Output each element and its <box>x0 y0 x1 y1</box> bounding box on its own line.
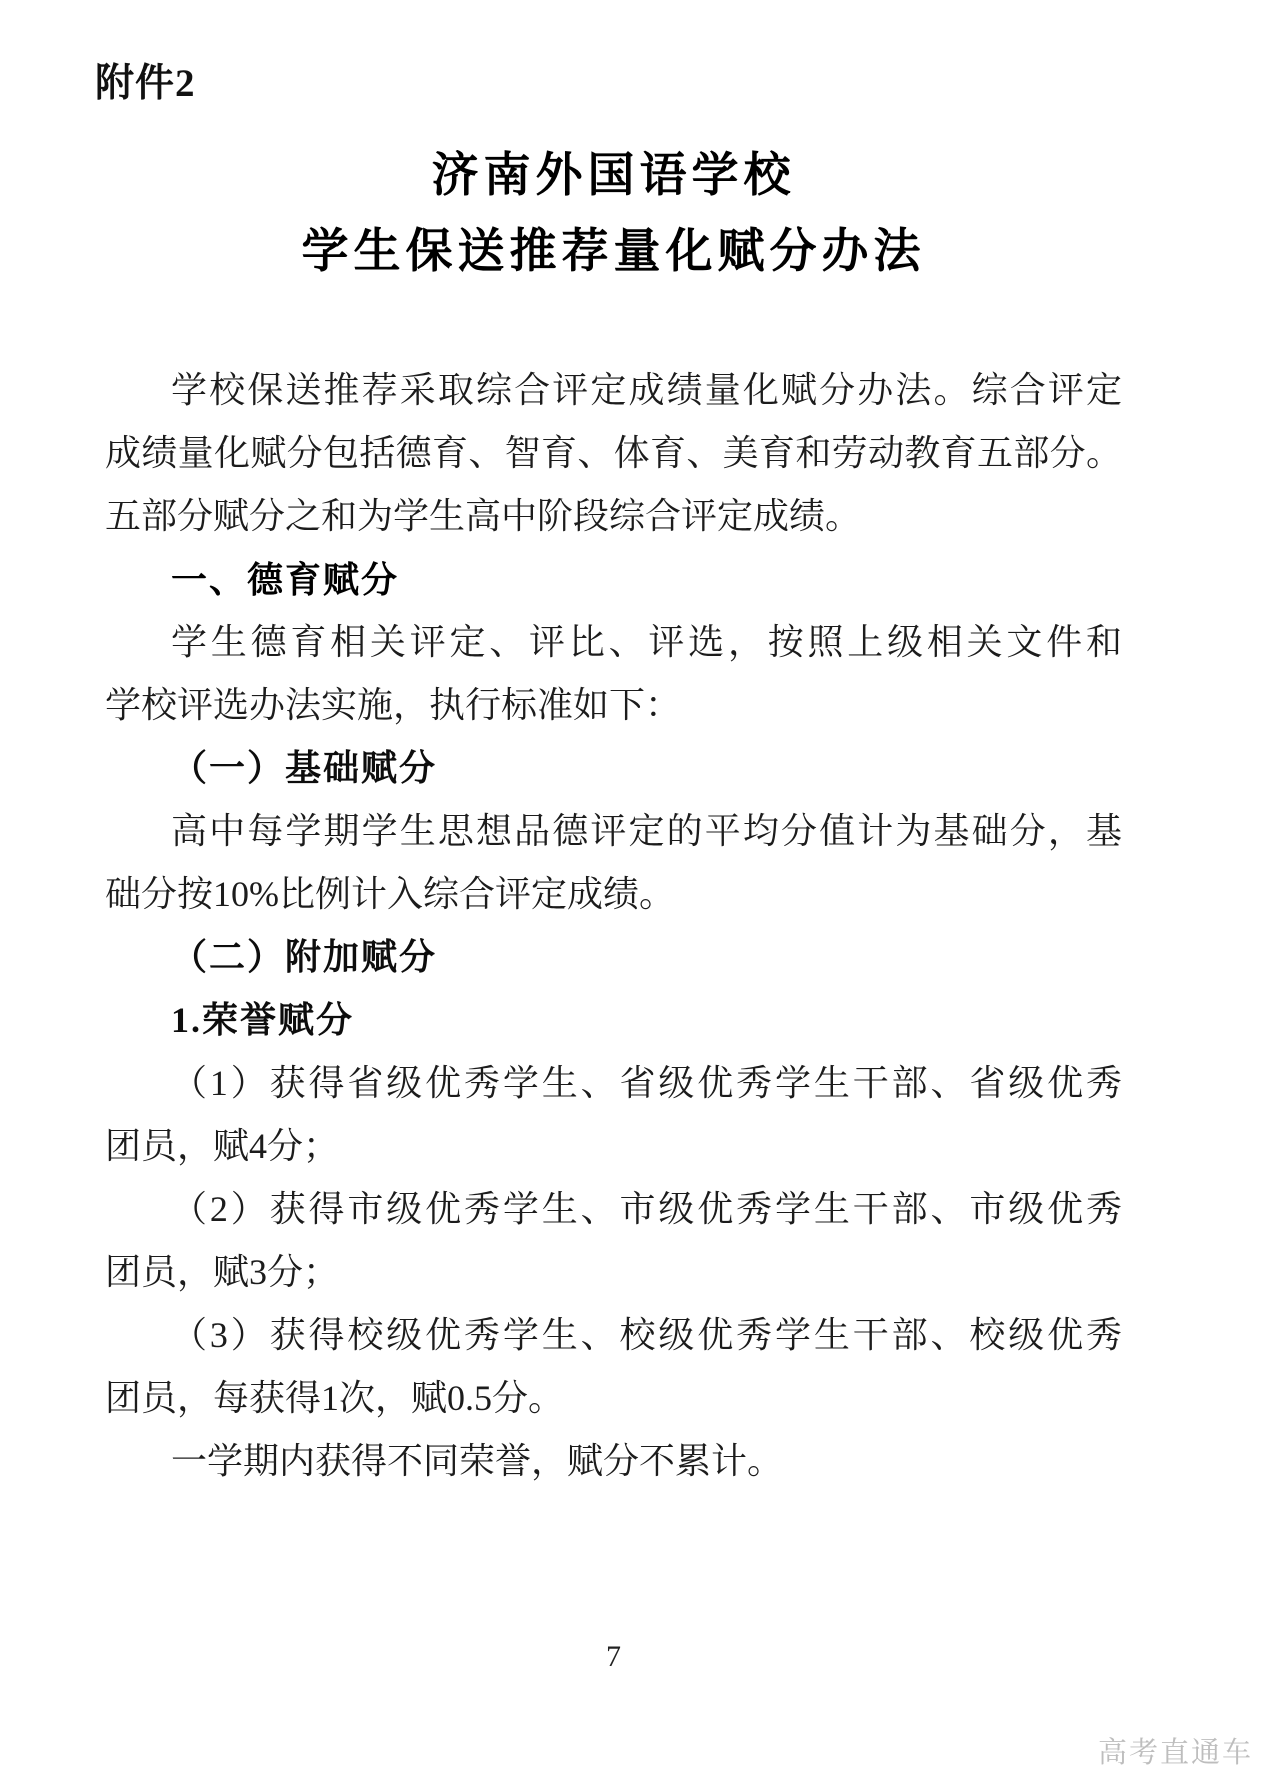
honor-item-line: （1）获得省级优秀学生、省级优秀学生干部、省级优秀 <box>105 1052 1122 1115</box>
intro-line: 五部分赋分之和为学生高中阶段综合评定成绩。 <box>105 485 1122 548</box>
honor-score-heading: 1.荣誉赋分 <box>105 989 1122 1052</box>
subsection-heading-additional-score: （二）附加赋分 <box>105 926 1122 989</box>
honor-item-line: （2）获得市级优秀学生、市级优秀学生干部、市级优秀 <box>105 1178 1122 1241</box>
honor-note-line: 一学期内获得不同荣誉，赋分不累计。 <box>105 1430 1122 1493</box>
honor-item-line: （3）获得校级优秀学生、校级优秀学生干部、校级优秀 <box>105 1304 1122 1367</box>
document-body: 学校保送推荐采取综合评定成绩量化赋分办法。综合评定 成绩量化赋分包括德育、智育、… <box>105 359 1122 1493</box>
intro-line: 成绩量化赋分包括德育、智育、体育、美育和劳动教育五部分。 <box>105 422 1122 485</box>
subsection-paragraph-line: 础分按10%比例计入综合评定成绩。 <box>105 863 1122 926</box>
section-paragraph-line: 学校评选办法实施，执行标准如下： <box>105 674 1122 737</box>
watermark-gaokao-zhitongche: 高考直通车 <box>1098 1730 1253 1771</box>
intro-line: 学校保送推荐采取综合评定成绩量化赋分办法。综合评定 <box>105 359 1122 422</box>
honor-item-line: 团员，赋3分； <box>105 1241 1122 1304</box>
document-page: 附件2 济南外国语学校 学生保送推荐量化赋分办法 学校保送推荐采取综合评定成绩量… <box>0 0 1280 1789</box>
page-number: 7 <box>105 1640 1122 1674</box>
attachment-label: 附件2 <box>95 52 196 108</box>
subsection-paragraph-line: 高中每学期学生思想品德评定的平均分值计为基础分，基 <box>105 800 1122 863</box>
section-heading-moral-education: 一、德育赋分 <box>105 548 1122 611</box>
subsection-heading-base-score: （一）基础赋分 <box>105 737 1122 800</box>
section-paragraph-line: 学生德育相关评定、评比、评选，按照上级相关文件和 <box>105 611 1122 674</box>
honor-item-line: 团员，赋4分； <box>105 1115 1122 1178</box>
title-line-1: 济南外国语学校 <box>105 138 1122 214</box>
honor-item-line: 团员，每获得1次，赋0.5分。 <box>105 1367 1122 1430</box>
document-title: 济南外国语学校 学生保送推荐量化赋分办法 <box>105 138 1122 290</box>
title-line-2: 学生保送推荐量化赋分办法 <box>105 214 1122 290</box>
